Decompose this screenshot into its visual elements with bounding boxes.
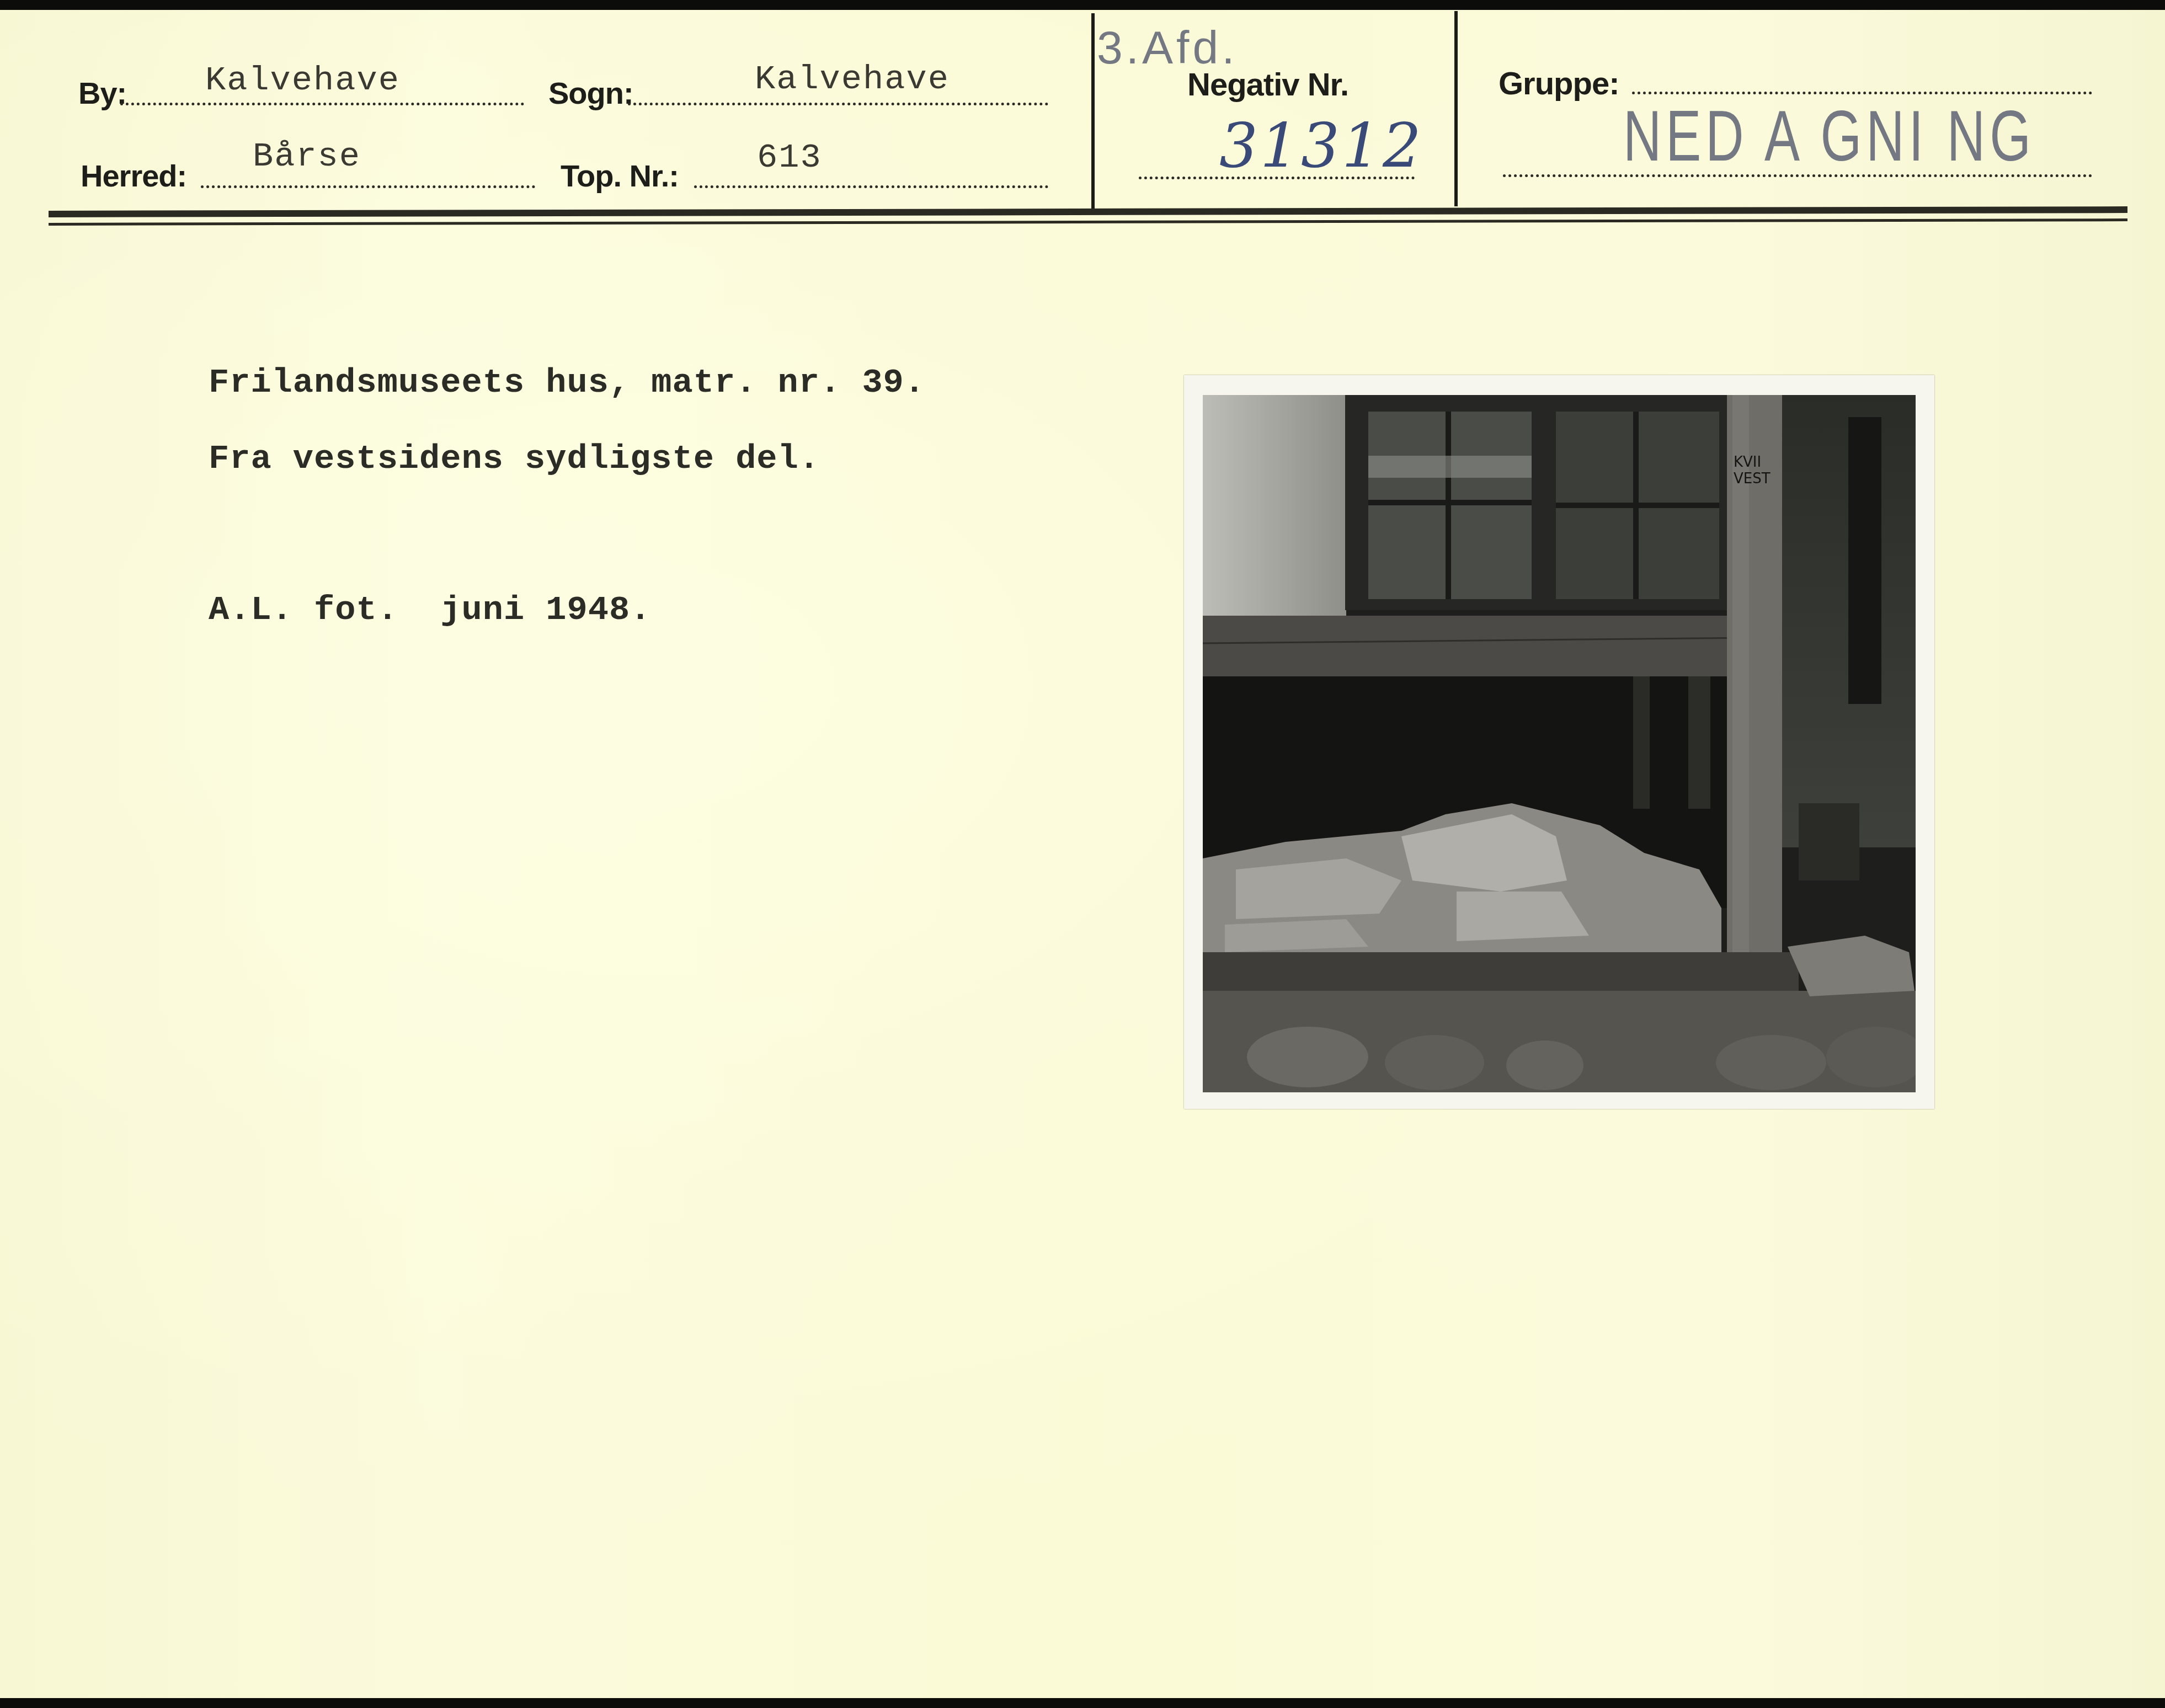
by-field-line (120, 103, 524, 105)
top-nr-value: 613 (757, 138, 822, 177)
gruppe-field-line-1 (1632, 92, 2092, 94)
gruppe-stamp-value: NED A GNI NG (1623, 96, 2035, 178)
description-line-1: Frilandsmuseets hus, matr. nr. 39. (209, 363, 925, 402)
description-line-2: Fra vestsidens sydligste del. (209, 439, 820, 478)
herred-label: Herred: (81, 158, 186, 194)
photo-mount: KVII VEST (1184, 375, 1934, 1109)
sogn-label: Sogn: (548, 75, 633, 111)
archive-record-card: By: Kalvehave Sogn: Kalvehave Herred: Bå… (0, 10, 2165, 1698)
negativ-label: Negativ Nr. (1187, 66, 1348, 103)
header-rule-thick (49, 206, 2127, 217)
by-value: Kalvehave (205, 61, 400, 100)
header-divider-1 (1091, 13, 1095, 210)
archival-photo: KVII VEST (1203, 395, 1916, 1092)
negativ-field-line (1139, 177, 1415, 179)
post-inscription-2: VEST (1734, 471, 1771, 487)
gruppe-field-line-2 (1503, 174, 2092, 177)
negativ-value: 31312 (1219, 110, 1423, 181)
herred-value: Bårse (253, 137, 361, 176)
sogn-field-line (628, 103, 1048, 105)
header-rule-thin (49, 218, 2127, 226)
photo-credit: A.L. fot. juni 1948. (209, 590, 651, 629)
gruppe-label: Gruppe: (1499, 65, 1619, 102)
post-inscription-1: KVII (1734, 454, 1761, 471)
top-nr-label: Top. Nr.: (561, 158, 679, 194)
top-nr-field-line (694, 185, 1048, 188)
house-wall-photo-illustration: KVII VEST (1203, 395, 1916, 1092)
header-divider-2 (1454, 11, 1458, 206)
herred-field-line (201, 185, 535, 188)
by-label: By: (78, 75, 126, 111)
sogn-value: Kalvehave (755, 60, 950, 99)
